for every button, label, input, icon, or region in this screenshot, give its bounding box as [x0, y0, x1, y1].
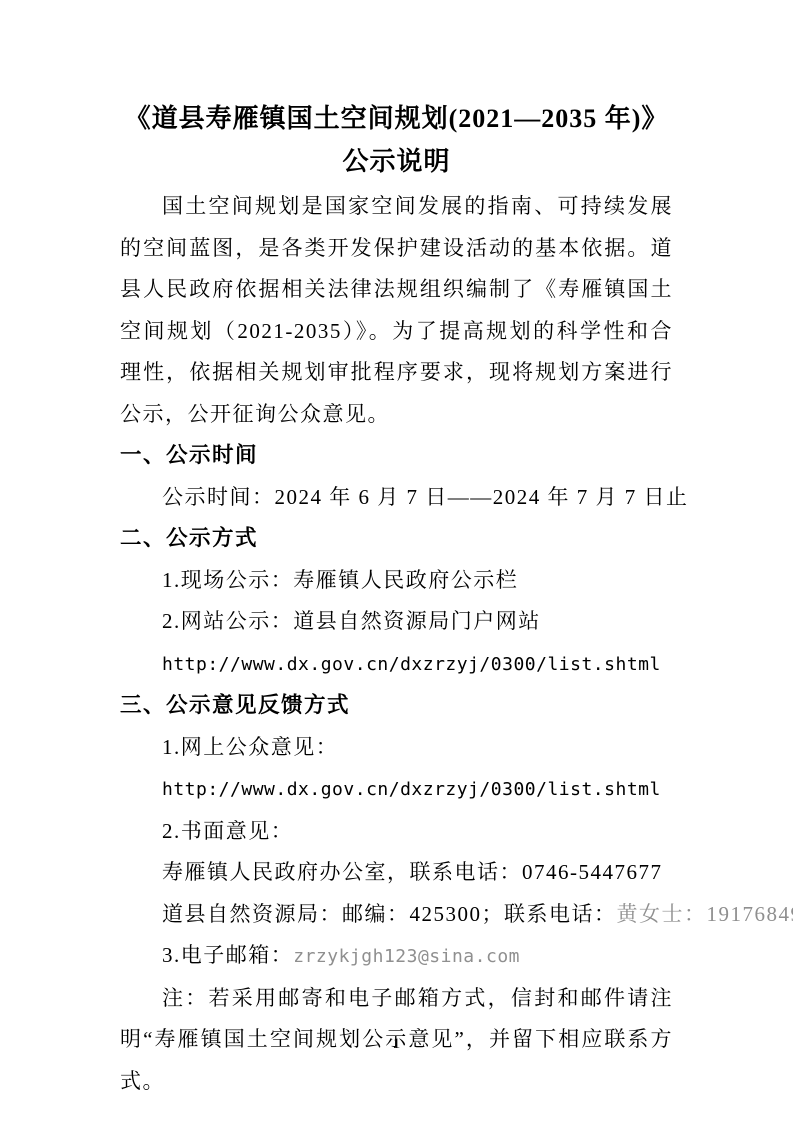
section-1-heading: 一、公示时间	[120, 435, 673, 477]
section-3-heading: 三、公示意见反馈方式	[120, 685, 673, 727]
intro-paragraph: 国土空间规划是国家空间发展的指南、可持续发展的空间蓝图，是各类开发保护建设活动的…	[120, 186, 673, 435]
bureau-contact-line: 道县自然资源局：邮编：425300；联系电话：黄女士：19176849032	[120, 894, 673, 936]
onsite-publicity-item: 1.现场公示：寿雁镇人民政府公示栏	[120, 560, 673, 602]
bureau-contact-person: 黄女士：19176849032	[617, 902, 793, 926]
website-url-line: http://www.dx.gov.cn/dxzrzyj/0300/list.s…	[120, 643, 673, 686]
online-opinion-item: 1.网上公众意见：	[120, 727, 673, 769]
email-address: zrzykjgh123@sina.com	[293, 946, 520, 967]
section-2-heading: 二、公示方式	[120, 518, 673, 560]
publicity-period-line: 公示时间：2024 年 6 月 7 日——2024 年 7 月 7 日止	[120, 477, 673, 519]
bureau-contact-prefix: 道县自然资源局：邮编：425300；联系电话：	[162, 902, 617, 926]
document-body: 国土空间规划是国家空间发展的指南、可持续发展的空间蓝图，是各类开发保护建设活动的…	[120, 186, 673, 1102]
email-item-line: 3.电子邮箱：zrzykjgh123@sina.com	[120, 935, 673, 978]
town-office-contact-line: 寿雁镇人民政府办公室，联系电话：0746-5447677	[120, 852, 673, 894]
feedback-url-line: http://www.dx.gov.cn/dxzrzyj/0300/list.s…	[120, 768, 673, 811]
document-title-line-1: 《道县寿雁镇国土空间规划(2021—2035 年)》	[120, 97, 673, 140]
document-page: 《道县寿雁镇国土空间规划(2021—2035 年)》 公示说明 国土空间规划是国…	[0, 0, 793, 1122]
website-url: http://www.dx.gov.cn/dxzrzyj/0300/list.s…	[162, 654, 661, 675]
page-number: 1	[0, 1036, 793, 1053]
document-title-line-2: 公示说明	[120, 140, 673, 183]
email-label: 3.电子邮箱：	[162, 943, 293, 967]
document-title-block: 《道县寿雁镇国土空间规划(2021—2035 年)》 公示说明	[120, 97, 673, 183]
website-publicity-item: 2.网站公示：道县自然资源局门户网站	[120, 601, 673, 643]
written-opinion-item: 2.书面意见：	[120, 811, 673, 853]
feedback-url: http://www.dx.gov.cn/dxzrzyj/0300/list.s…	[162, 779, 661, 800]
